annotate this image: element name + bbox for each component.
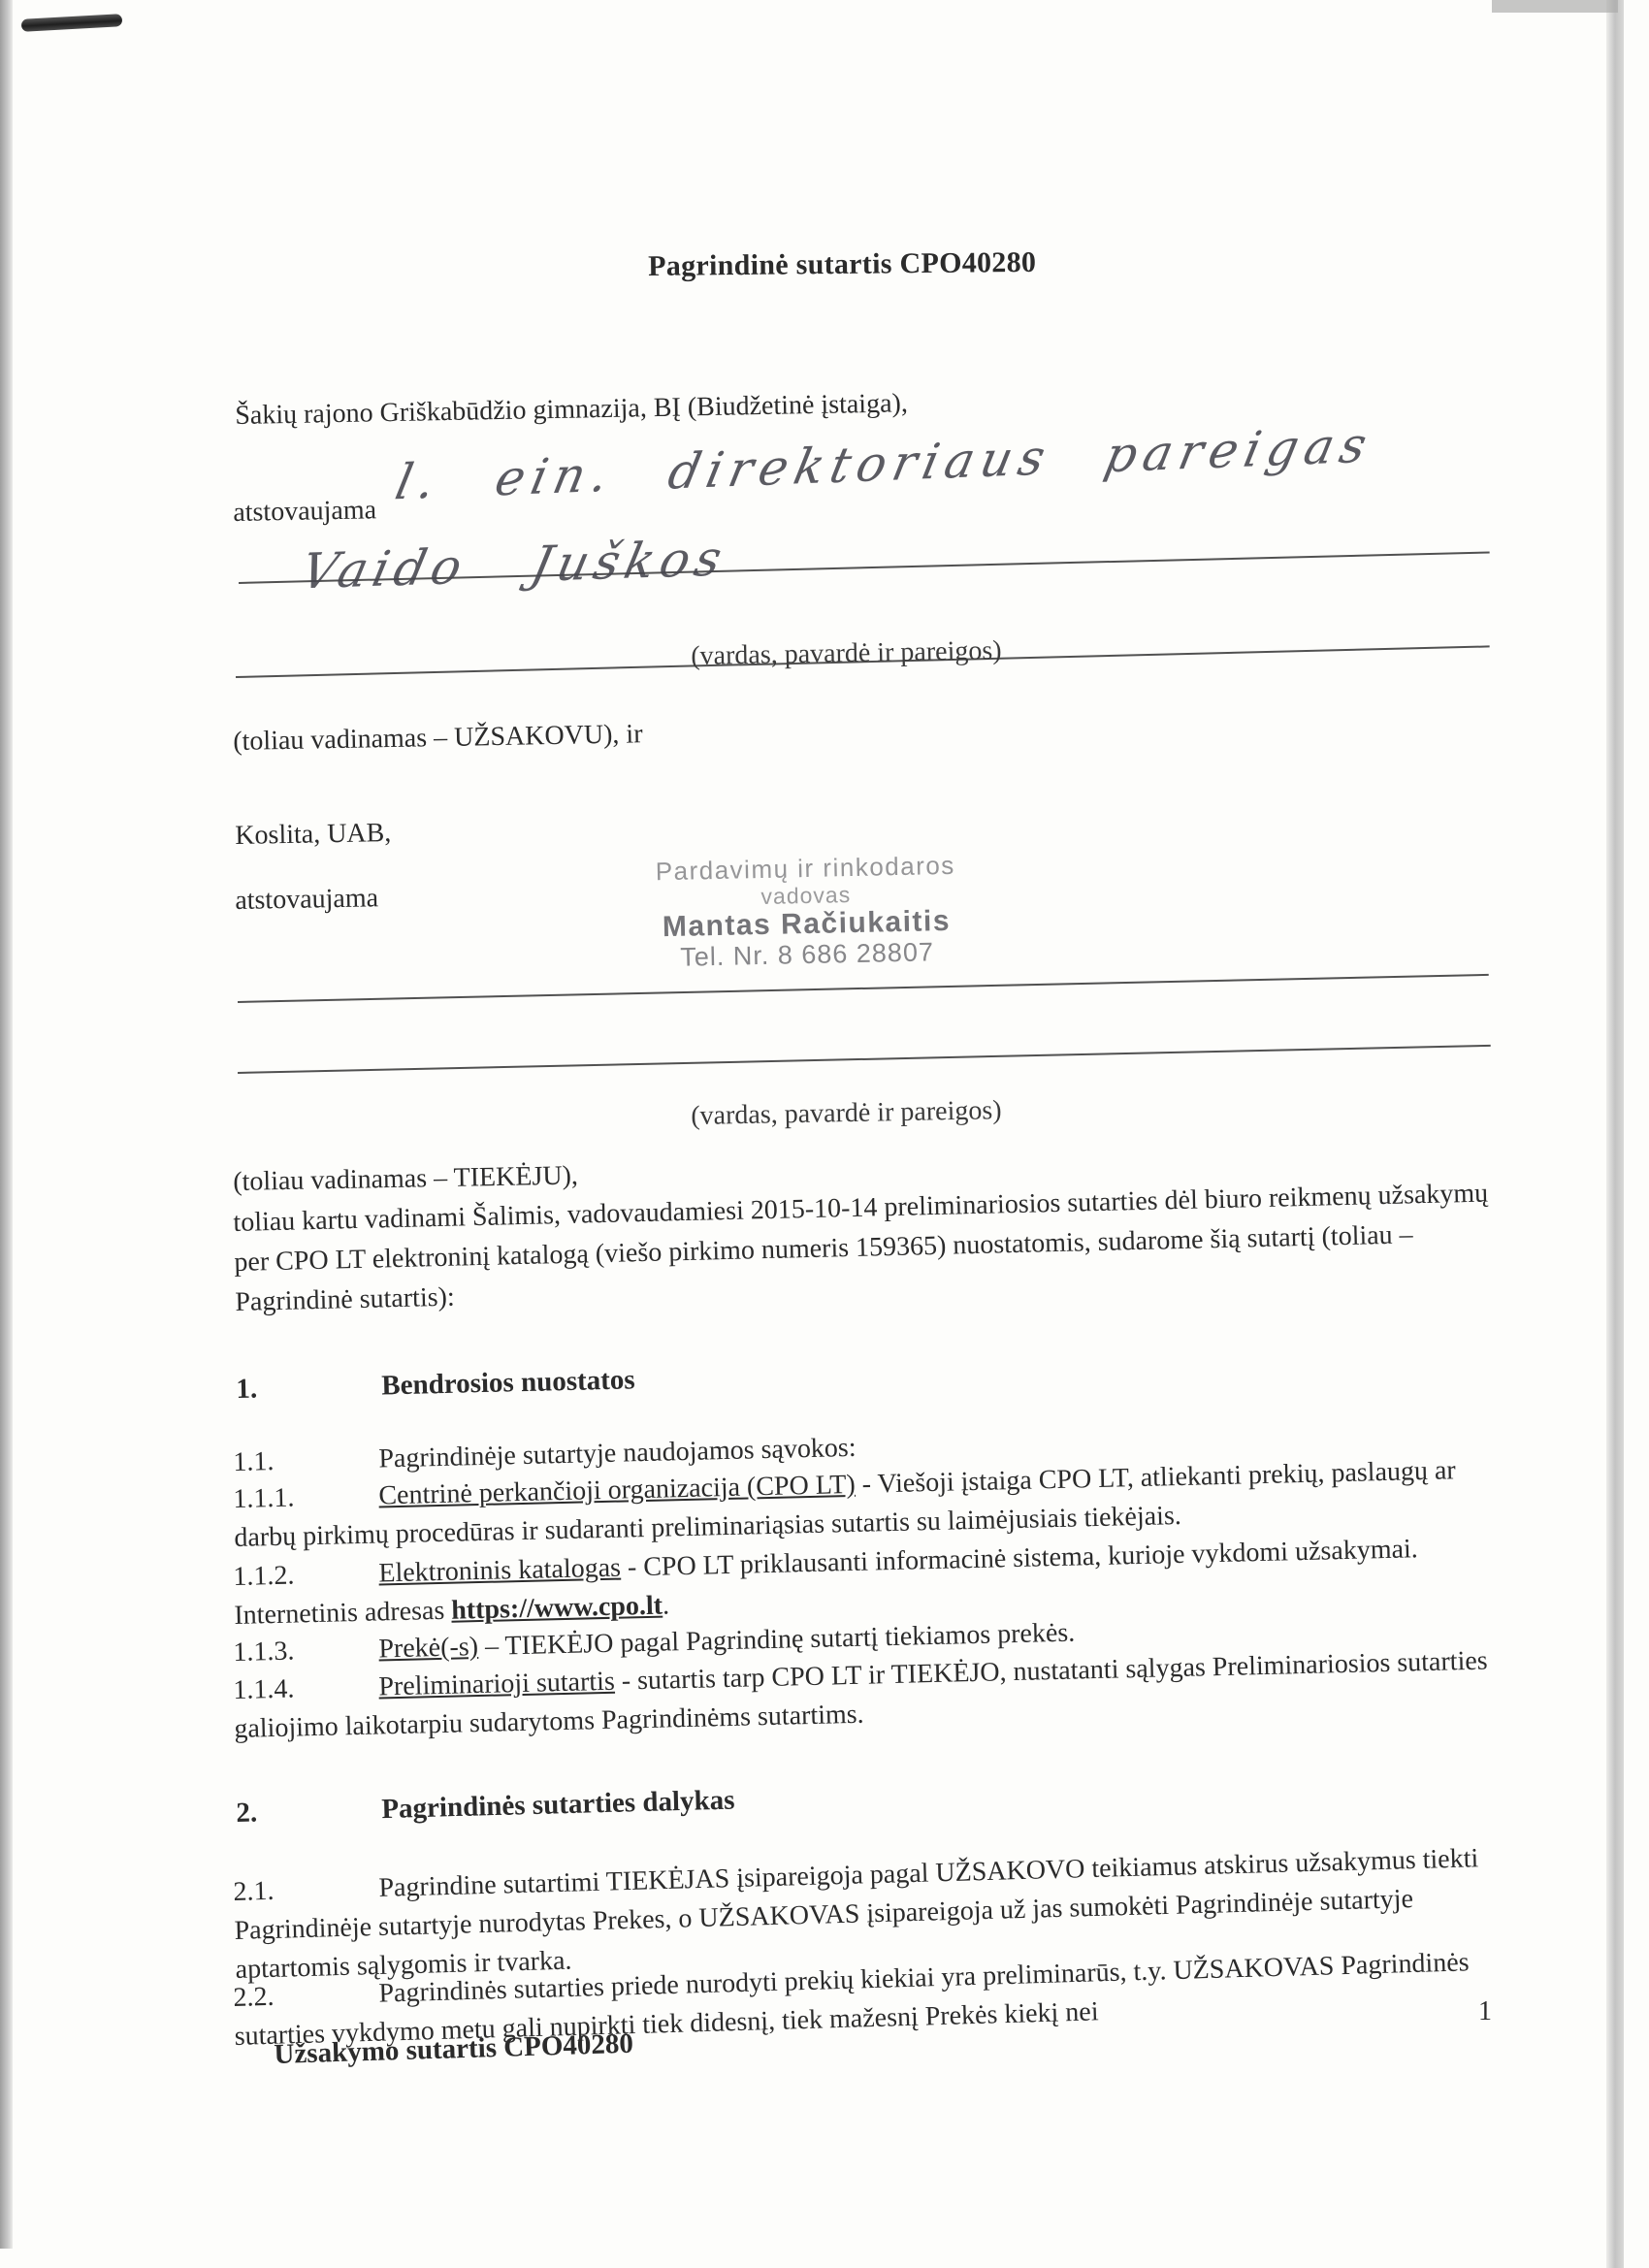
handwritten-name: Vaido Juškos	[296, 530, 732, 599]
section-title: Pagrindinės sutarties dalykas	[381, 1785, 735, 1826]
signature-line	[238, 974, 1489, 1003]
section-title: Bendrosios nuostatos	[381, 1364, 635, 1401]
cpo-url-text: https://www.cpo.lt	[451, 1591, 663, 1626]
defined-term: Elektroninis katalogas	[378, 1553, 621, 1589]
clause-number: 1.1.	[233, 1440, 379, 1482]
supplier-alias-line: (toliau vadinamas – TIEKĖJU),	[233, 1159, 578, 1199]
clause-number: 2.1.	[233, 1869, 379, 1912]
buyer-represented-label: atstovaujama	[233, 494, 376, 530]
page-number: 1	[1478, 1996, 1492, 2027]
clause-number: 1.1.2.	[233, 1554, 379, 1597]
buyer-alias-line: (toliau vadinamas – UŽSAKOVU), ir	[233, 718, 643, 759]
scan-smudge	[1492, 0, 1618, 13]
signature-line	[238, 1045, 1491, 1074]
clause-number: 1.1.3.	[233, 1630, 379, 1672]
staple-mark	[21, 14, 123, 32]
handwritten-position: l. ein. direktoriaus pareigas	[391, 416, 1378, 510]
section-2-heading: 2.Pagrindinės sutarties dalykas	[236, 1785, 735, 1830]
clause-number: 1.1.1.	[233, 1476, 379, 1519]
scanned-contract-page: Pagrindinė sutartis CPO40280 Šakių rajon…	[0, 0, 1649, 2268]
clause-number: 2.2.	[233, 1975, 379, 2018]
defined-term: Centrinė perkančioji organizacija (CPO L…	[378, 1470, 856, 1511]
clause-text: .	[663, 1590, 670, 1620]
document-title: Pagrindinė sutartis CPO40280	[648, 246, 1036, 283]
supplier-name: Koslita, UAB,	[235, 817, 392, 853]
buyer-name: Šakių rajono Griškabūdžio gimnazija, BĮ …	[235, 387, 908, 433]
section-1-heading: 1.Bendrosios nuostatos	[236, 1364, 635, 1406]
clause-number: 1.1.4.	[233, 1668, 379, 1710]
section-number: 2.	[236, 1794, 382, 1830]
defined-term: Prekė(-s)	[378, 1632, 478, 1664]
scan-edge-right	[1606, 0, 1624, 2268]
scan-edge-left	[0, 0, 13, 2249]
supplier-represented-label: atstovaujama	[235, 882, 378, 918]
name-caption: (vardas, pavardė ir pareigos)	[691, 1094, 1002, 1133]
section-number: 1.	[236, 1370, 382, 1406]
supplier-stamp: Pardavimų ir rinkodaros vadovas Mantas R…	[529, 848, 1083, 975]
name-caption: (vardas, pavardė ir pareigos)	[691, 634, 1002, 673]
defined-term: Preliminarioji sutartis	[378, 1667, 615, 1702]
